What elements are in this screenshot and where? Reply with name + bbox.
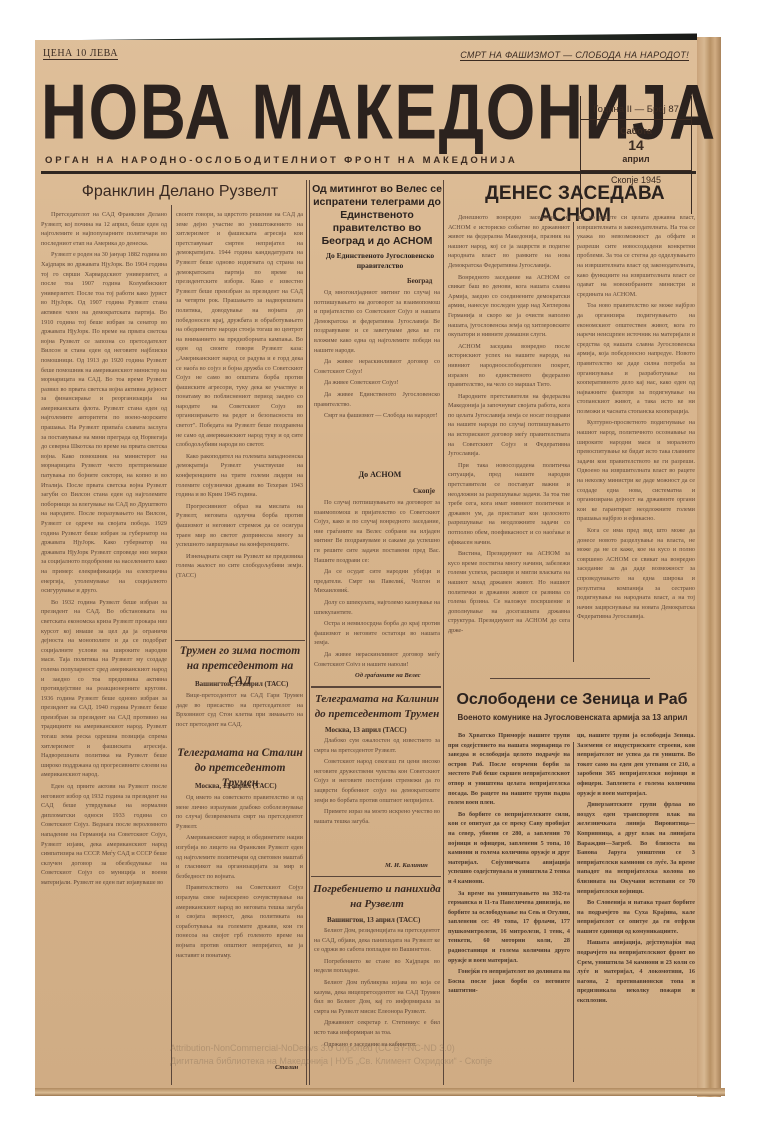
paragraph: Во 1932 година Рузвелт беше избран за пр… bbox=[41, 598, 167, 780]
paragraph: Денешното вонредно заседание на АСНОМ е … bbox=[448, 213, 570, 271]
paragraph: ше во рацете си целата државна власт, из… bbox=[577, 213, 695, 299]
paragraph: Еден од првите актови на Рузвелт после н… bbox=[41, 782, 167, 888]
asnom-column-2: ше во рацете си целата државна власт, из… bbox=[577, 213, 695, 663]
column-divider bbox=[573, 222, 574, 662]
kalinin-signature: М. И. Калинин bbox=[385, 862, 428, 869]
truman-oath-body: Вице-претседентот на САД Гари Трумен дад… bbox=[176, 691, 303, 736]
kalinin-telegram-headline: Телеграмата на Калинин до претседентот Т… bbox=[311, 692, 443, 722]
section-rule bbox=[490, 678, 650, 679]
paragraph: Како ракоподител на големата западноенск… bbox=[176, 452, 303, 500]
paragraph: Вице-претседентот на САД Гари Трумен дад… bbox=[176, 691, 303, 729]
paragraph: Од многоилјадниот митинг по случај на по… bbox=[314, 288, 440, 355]
paragraph: Вонредното заседание на АСНОМ се свикат … bbox=[448, 273, 570, 340]
stalin-telegram-dateline: Москва, 13 април (ТАСС) bbox=[195, 782, 277, 790]
column-divider bbox=[171, 205, 172, 1085]
paragraph: Државниот секретар г. Стетиниус е бил ис… bbox=[314, 1018, 440, 1037]
veles-part2-body: По случај потпишувањето на договорот за … bbox=[314, 498, 440, 666]
stalin-telegram-body: Од името на советското правителство и од… bbox=[176, 793, 303, 1063]
binding-edge bbox=[697, 37, 721, 1097]
paragraph: Претседателот на САД Франклин Делано Руз… bbox=[41, 210, 167, 248]
paragraph: своите говори, за цврстото решение на СА… bbox=[176, 210, 303, 450]
veles-part2-city: Скопје bbox=[413, 487, 435, 495]
paragraph: Долу со шпекулата, најголемо казнување н… bbox=[314, 598, 440, 617]
zenica-column-1: Во Хрватско Приморје нашите трупи при со… bbox=[448, 731, 570, 1081]
paragraph: Правителството на Советскиот Сојуз израз… bbox=[176, 883, 303, 960]
paragraph: Гонејќи го непријателот во долината на Б… bbox=[448, 967, 570, 996]
library-watermark: Дигитална библиотека на Македонија | НУБ… bbox=[170, 1056, 492, 1066]
price-label: ЦЕНА 10 ЛЕВА bbox=[43, 48, 118, 60]
section-rule bbox=[311, 876, 441, 877]
veles-headline: Од митингот во Велес се испратени телегр… bbox=[312, 183, 442, 248]
paragraph: Нашата авијација, дејствувајќи над подра… bbox=[577, 938, 695, 1005]
roosevelt-column-1: Претседателот на САД Франклин Делано Руз… bbox=[41, 210, 167, 1085]
newspaper-title: НОВА МАКЕДОНИЈА bbox=[41, 70, 488, 154]
issue-weekday: Сабота bbox=[581, 126, 691, 136]
paragraph: Да живее нераскинливиот договор со Совет… bbox=[314, 357, 440, 376]
paragraph: Во Хрватско Приморје нашите трупи при со… bbox=[448, 731, 570, 808]
newspaper-page: ЦЕНА 10 ЛЕВА СМРТ НА ФАШИЗМОТ — СЛОБОДА … bbox=[35, 40, 697, 1095]
issue-number: Година II — Број 87 bbox=[581, 104, 691, 120]
paragraph: Белиот Дом публикува изјава во која се к… bbox=[314, 978, 440, 1016]
paragraph: Тоа ново правителство ке може најбрзо да… bbox=[577, 301, 695, 416]
column-divider bbox=[306, 180, 307, 1085]
column-divider bbox=[573, 742, 574, 1082]
paragraph: Длабоко сум ожалостен од известието за с… bbox=[314, 736, 440, 755]
roosevelt-column-2: своите говори, за цврстото решение на СА… bbox=[176, 210, 303, 638]
paragraph: Советскиот народ секогаш ги цени високо … bbox=[314, 757, 440, 805]
zenica-subheadline: Военото комунике на Југословенската арми… bbox=[445, 713, 700, 722]
paragraph: Кога се има пред вид што може да донесе … bbox=[577, 526, 695, 622]
paragraph: Рузвелт е роден на 30 јануар 1882 година… bbox=[41, 250, 167, 595]
paragraph: Културно-просветното подигнување на наши… bbox=[577, 418, 695, 524]
section-rule bbox=[311, 686, 441, 688]
veles-part1-body: Од многоилјадниот митинг по случај на по… bbox=[314, 288, 440, 438]
veles-signature: Од граѓаните на Велес bbox=[355, 672, 421, 679]
asnom-column-1: Денешното вонредно заседание на АСНОМ е … bbox=[448, 213, 570, 663]
paragraph: Смрт на фашизмот — Слобода на народот! bbox=[314, 411, 440, 421]
issue-day: 14 bbox=[581, 137, 691, 153]
paragraph: Изненадната смрт на Рузвелт ке предизвик… bbox=[176, 552, 303, 581]
newspaper-subtitle: ОРГАН НА НАРОДНО-ОСЛОБОДИТЕЛНИОТ ФРОНТ Н… bbox=[45, 155, 518, 166]
scan-bottom-edge bbox=[35, 1088, 725, 1096]
paragraph: Диверзантските групи фрлаа во воздух еде… bbox=[577, 800, 695, 896]
paragraph: Од името на советското правителство и од… bbox=[176, 793, 303, 831]
paragraph: АСНОМ заседава вонредно после историскио… bbox=[448, 342, 570, 390]
paragraph: Во борбите со непријателските сили, кои … bbox=[448, 810, 570, 887]
paragraph: Погребението ке стане во Хајдпарк во нед… bbox=[314, 957, 440, 976]
roosevelt-headline: Франклин Делано Рузвелт bbox=[55, 183, 305, 201]
paragraph: Остра и немилосрдна борба до крај против… bbox=[314, 619, 440, 648]
funeral-dateline: Вашингтон, 13 април (ТАСС) bbox=[327, 916, 420, 924]
paragraph: Да живее Советскиот Сојуз! bbox=[314, 378, 440, 388]
issue-month: април bbox=[581, 154, 691, 164]
paragraph: Американскиот народ и обединетите нации … bbox=[176, 833, 303, 881]
section-rule bbox=[175, 640, 305, 641]
veles-part1-heading: До Единственото Југословенско правителст… bbox=[325, 251, 435, 271]
kalinin-telegram-dateline: Москва, 13 април (ТАСС) bbox=[325, 726, 407, 734]
paragraph: Во Словенија и натака траат борбите на п… bbox=[577, 898, 695, 936]
paragraph: Прогресивниот образ на мислата на Рузвел… bbox=[176, 502, 303, 550]
masthead-rule bbox=[41, 171, 696, 174]
paragraph: Белиот Дом, резиденцијата на претседенто… bbox=[314, 926, 440, 955]
funeral-body: Белиот Дом, резиденцијата на претседенто… bbox=[314, 926, 440, 1076]
license-watermark: Attribution-NonCommercial-NoDerivs 3.0 U… bbox=[170, 1043, 455, 1053]
kalinin-telegram-body: Длабоко сум ожалостен од известието за с… bbox=[314, 736, 440, 856]
veles-part2-heading: До АСНОМ bbox=[325, 470, 435, 479]
paragraph: Да живее Единственото Југословенско прав… bbox=[314, 390, 440, 409]
paragraph: По случај потпишувањето на договорот за … bbox=[314, 498, 440, 565]
paragraph: Да живее нераскинливиот договор меѓу Сов… bbox=[314, 650, 440, 666]
paragraph: Народните претставители на федерална Мак… bbox=[448, 392, 570, 459]
truman-oath-dateline: Вашингтон, 13 април (ТАСС) bbox=[195, 680, 288, 688]
zenica-headline: Ослободени се Зеница и Раб bbox=[447, 691, 697, 709]
motto: СМРТ НА ФАШИЗМОТ — СЛОБОДА НА НАРОДОТ! bbox=[460, 50, 689, 61]
paragraph: ци, нашите трупи ја ослободија Зеница. З… bbox=[577, 731, 695, 798]
paragraph: При така новосоздадена политичка ситуаци… bbox=[448, 461, 570, 547]
paragraph: Вистина, Президиумот на АСНОМ за кусо вр… bbox=[448, 549, 570, 635]
paragraph: За време на уништувањето на 392-та герма… bbox=[448, 889, 570, 966]
funeral-headline: Погребението и панихида на Рузвелт bbox=[311, 882, 443, 912]
paragraph: Да се осудат сите народни убијци и преда… bbox=[314, 567, 440, 596]
paragraph: Примете израз на моето искрено учество в… bbox=[314, 807, 440, 826]
zenica-column-2: ци, нашите трупи ја ослободија Зеница. З… bbox=[577, 731, 695, 1081]
veles-part1-city: Београд bbox=[407, 277, 432, 285]
